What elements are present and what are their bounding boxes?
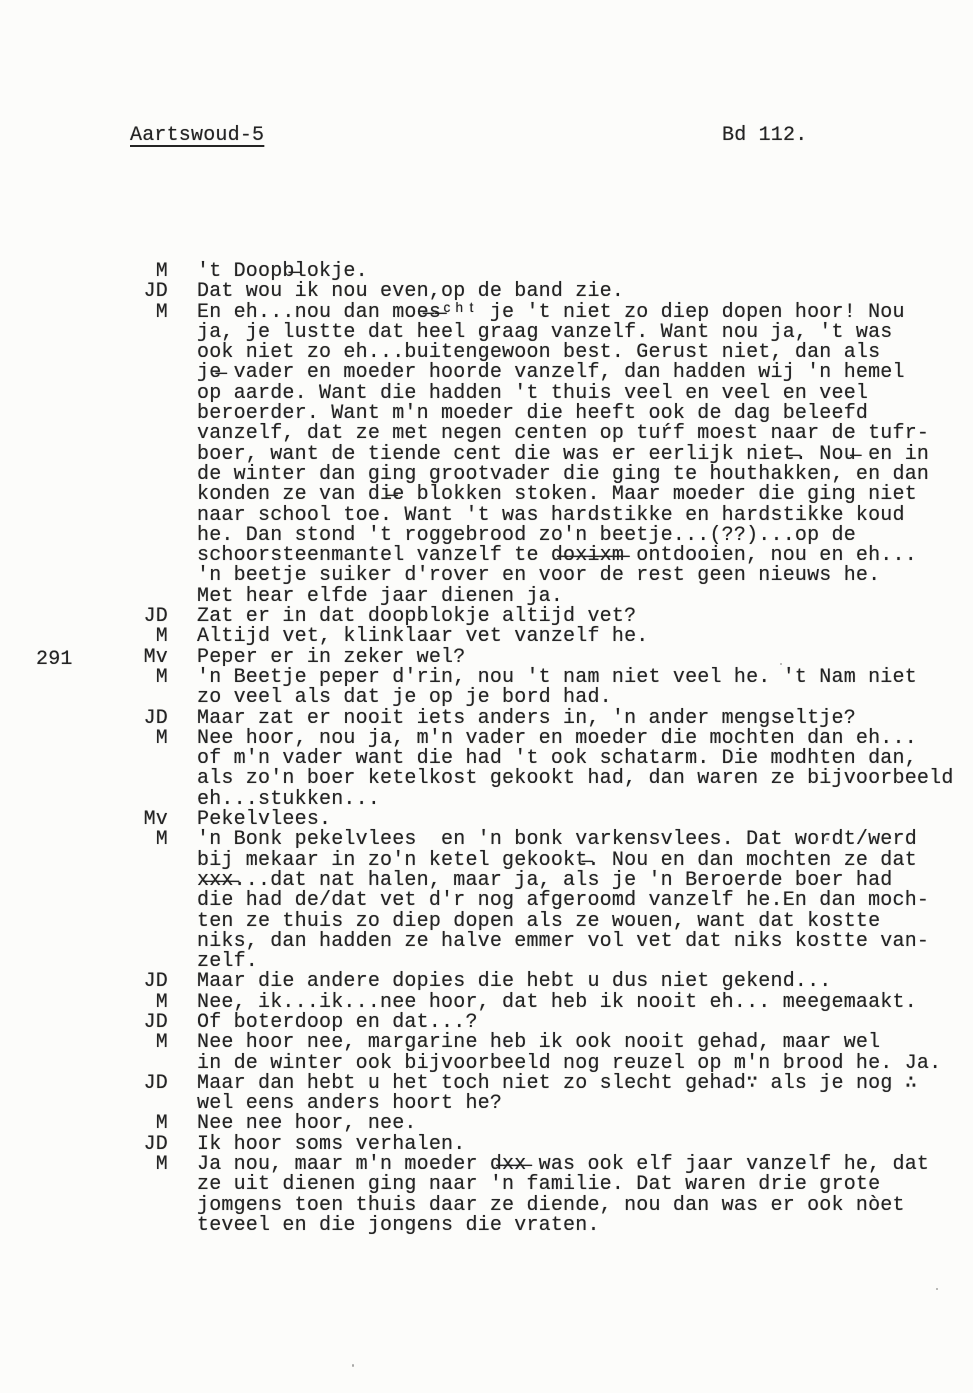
speaker-label: JD <box>0 1013 168 1033</box>
transcript-entry: M Nee hoor nee, margarine heb ik ook noo… <box>0 1033 973 1074</box>
speaker-text: Dat wou ik nou even,op de band zie. <box>197 282 624 302</box>
speaker-text: Altijd vet, klinklaar vet vanzelf he. <box>197 627 648 647</box>
speaker-label: JD <box>0 709 168 729</box>
transcript-entry: JD Dat wou ik nou even,op de band zie. <box>0 282 973 302</box>
speaker-text: Peper er in zeker wel? <box>197 648 465 668</box>
speaker-text: Maar zat er nooit iets anders in, 'n and… <box>197 709 856 729</box>
speaker-label: M <box>0 993 168 1013</box>
transcript: M 't Doopb̶lokje. JD Dat wou ik nou even… <box>0 262 973 1236</box>
speaker-text: En eh...nou dan moe̶s̶ᶜʰᵗ je 't niet zo … <box>197 303 929 607</box>
speaker-text: 't Doopb̶lokje. <box>197 262 368 282</box>
speaker-label: Mv <box>0 810 168 830</box>
transcript-entry: JD Maar zat er nooit iets anders in, 'n … <box>0 709 973 729</box>
transcript-entry: M 'n Beetje peper d'rin, nou 't nam niet… <box>0 668 973 709</box>
speaker-label: M <box>0 627 168 647</box>
speaker-label: Mv <box>0 648 168 668</box>
speaker-label: M <box>0 1114 168 1134</box>
document-page: Aartswoud-5 Bd 112. 291 M 't Doopb̶lokje… <box>0 0 973 1393</box>
transcript-entry: M Nee hoor, nou ja, m'n vader en moeder … <box>0 729 973 810</box>
transcript-entry: M 't Doopb̶lokje. <box>0 262 973 282</box>
transcript-entry: M Altijd vet, klinklaar vet vanzelf he. <box>0 627 973 647</box>
speaker-text: Maar dan hebt u het toch niet zo slecht … <box>197 1074 917 1115</box>
speaker-text: Nee nee hoor, nee. <box>197 1114 417 1134</box>
speaker-label: M <box>0 830 168 850</box>
transcript-entry: M Nee, ik...ik...nee hoor, dat heb ik no… <box>0 993 973 1013</box>
transcript-entry: JD Maar die andere dopies die hebt u dus… <box>0 972 973 992</box>
band-number: Bd 112. <box>722 124 807 147</box>
scan-speck <box>826 838 829 841</box>
speaker-text: Ik hoor soms verhalen. <box>197 1135 465 1155</box>
speaker-label: JD <box>0 1074 168 1094</box>
transcript-entry: M 'n Bonk pekelvlees en 'n bonk varkensv… <box>0 830 973 972</box>
speaker-label: JD <box>0 972 168 992</box>
speaker-text: Ja nou, maar m'n moeder d̶x̶x̶ was ook e… <box>197 1155 929 1236</box>
speaker-text: Nee hoor nee, margarine heb ik ook nooit… <box>197 1033 941 1074</box>
transcript-entry: Mv Pekelvlees. <box>0 810 973 830</box>
transcript-entry: JD Ik hoor soms verhalen. <box>0 1135 973 1155</box>
transcript-entry: JD Zat er in dat doopblokje altijd vet? <box>0 607 973 627</box>
speaker-text: Zat er in dat doopblokje altijd vet? <box>197 607 636 627</box>
speaker-label: JD <box>0 1135 168 1155</box>
transcript-entry: JD Maar dan hebt u het toch niet zo slec… <box>0 1074 973 1115</box>
speaker-label: M <box>0 303 168 323</box>
speaker-label: M <box>0 1155 168 1175</box>
document-title: Aartswoud-5 <box>130 124 264 147</box>
transcript-entry: M Nee nee hoor, nee. <box>0 1114 973 1134</box>
transcript-entry: Mv Peper er in zeker wel? <box>0 648 973 668</box>
scan-speck <box>780 663 782 665</box>
speaker-label: M <box>0 1033 168 1053</box>
speaker-text: 'n Beetje peper d'rin, nou 't nam niet v… <box>197 668 917 709</box>
speaker-label: M <box>0 668 168 688</box>
speaker-text: 'n Bonk pekelvlees en 'n bonk varkensvle… <box>197 830 929 972</box>
speaker-label: JD <box>0 607 168 627</box>
speaker-label: JD <box>0 282 168 302</box>
speaker-label: M <box>0 729 168 749</box>
speaker-text: Maar die andere dopies die hebt u dus ni… <box>197 972 832 992</box>
speaker-text: Of boterdoop en dat...? <box>197 1013 478 1033</box>
transcript-entry: M Ja nou, maar m'n moeder d̶x̶x̶ was ook… <box>0 1155 973 1236</box>
scan-speck <box>352 1364 354 1367</box>
speaker-label: M <box>0 262 168 282</box>
speaker-text: Pekelvlees. <box>197 810 331 830</box>
transcript-entry: JD Of boterdoop en dat...? <box>0 1013 973 1033</box>
scan-speck <box>936 1288 938 1290</box>
transcript-entry: M En eh...nou dan moe̶s̶ᶜʰᵗ je 't niet z… <box>0 303 973 607</box>
speaker-text: Nee, ik...ik...nee hoor, dat heb ik nooi… <box>197 993 917 1013</box>
speaker-text: Nee hoor, nou ja, m'n vader en moeder di… <box>197 729 954 810</box>
